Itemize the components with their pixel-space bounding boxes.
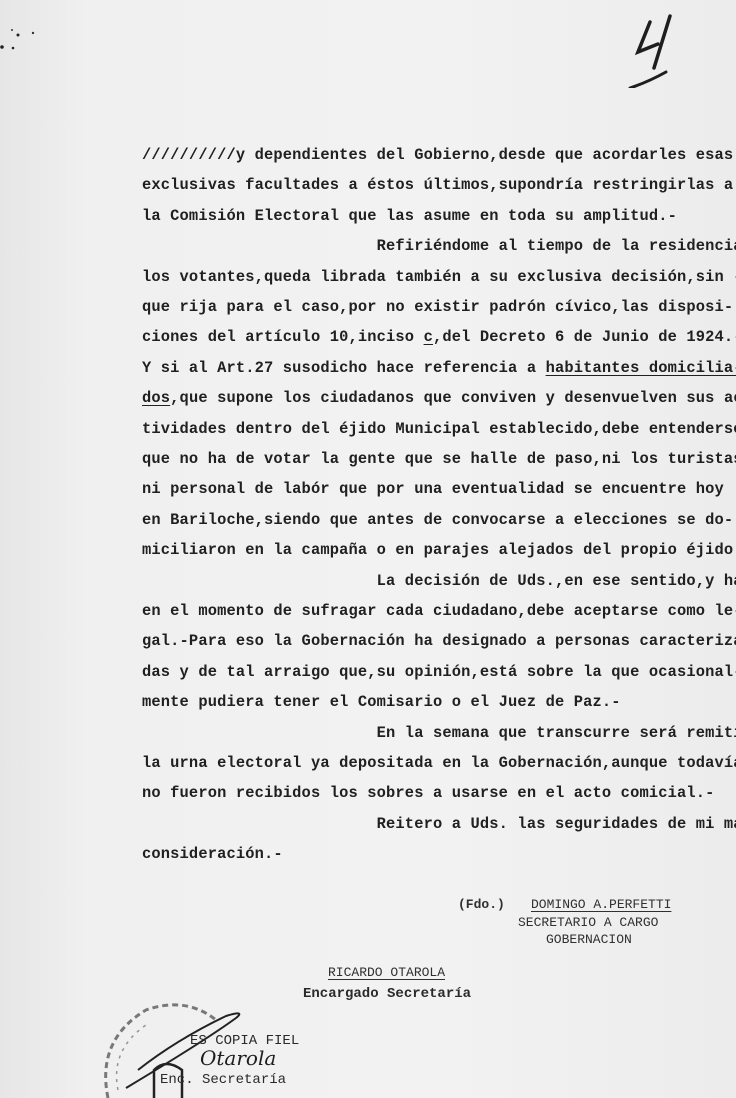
body-line: Reitero a Uds. las seguridades de mi may…: [142, 815, 736, 833]
certification-title: Enc. Secretaría: [160, 1072, 286, 1088]
handwritten-folio-number: 4: [628, 8, 688, 88]
body-line: Y si al Art.27 susodicho hace referencia…: [142, 359, 736, 377]
body-line: que rija para el caso,por no existir pad…: [142, 298, 733, 316]
handwritten-signature: Otarola: [200, 1046, 276, 1070]
body-line: La decisión de Uds.,en ese sentido,y has…: [142, 572, 736, 590]
body-line: tividades dentro del éjido Municipal est…: [142, 420, 736, 438]
signatory-name: DOMINGO A.PERFETTI: [531, 897, 671, 912]
body-line: que no ha de votar la gente que se halle…: [142, 450, 736, 468]
body-line: consideración.-: [142, 845, 283, 863]
body-line: mente pudiera tener el Comisario o el Ju…: [142, 693, 621, 711]
body-line: exclusivas facultades a éstos últimos,su…: [142, 176, 733, 194]
ink-specks: [0, 20, 40, 60]
body-line: En la semana que transcurre será remitid…: [142, 724, 736, 742]
signatory-title: SECRETARIO A CARGO: [518, 915, 658, 930]
body-line: dos,que supone los ciudadanos que conviv…: [142, 389, 736, 407]
second-signatory-name: RICARDO OTAROLA: [328, 965, 445, 980]
body-line: los votantes,queda librada también a su …: [142, 268, 736, 286]
body-line: das y de tal arraigo que,su opinión,está…: [142, 663, 736, 681]
body-line: gal.-Para eso la Gobernación ha designad…: [142, 632, 736, 650]
signature-prefix: (Fdo.): [458, 897, 505, 912]
body-line: la urna electoral ya depositada en la Go…: [142, 754, 736, 772]
body-line: Refiriéndome al tiempo de la residencia …: [142, 237, 736, 255]
body-line: en el momento de sufragar cada ciudadano…: [142, 602, 736, 620]
signatory-office: GOBERNACION: [546, 932, 632, 947]
body-line: la Comisión Electoral que las asume en t…: [142, 207, 677, 225]
body-line: en Bariloche,siendo que antes de convoca…: [142, 511, 733, 529]
body-line: ciones del artículo 10,inciso c,del Decr…: [142, 328, 736, 346]
document-page: 4 //////////y dependientes del Gobierno,…: [0, 0, 736, 1098]
body-line: ni personal de labór que por una eventua…: [142, 480, 724, 498]
body-line: no fueron recibidos los sobres a usarse …: [142, 784, 715, 802]
body-line: //////////y dependientes del Gobierno,de…: [142, 146, 733, 164]
body-line: miciliaron en la campaña o en parajes al…: [142, 541, 736, 559]
